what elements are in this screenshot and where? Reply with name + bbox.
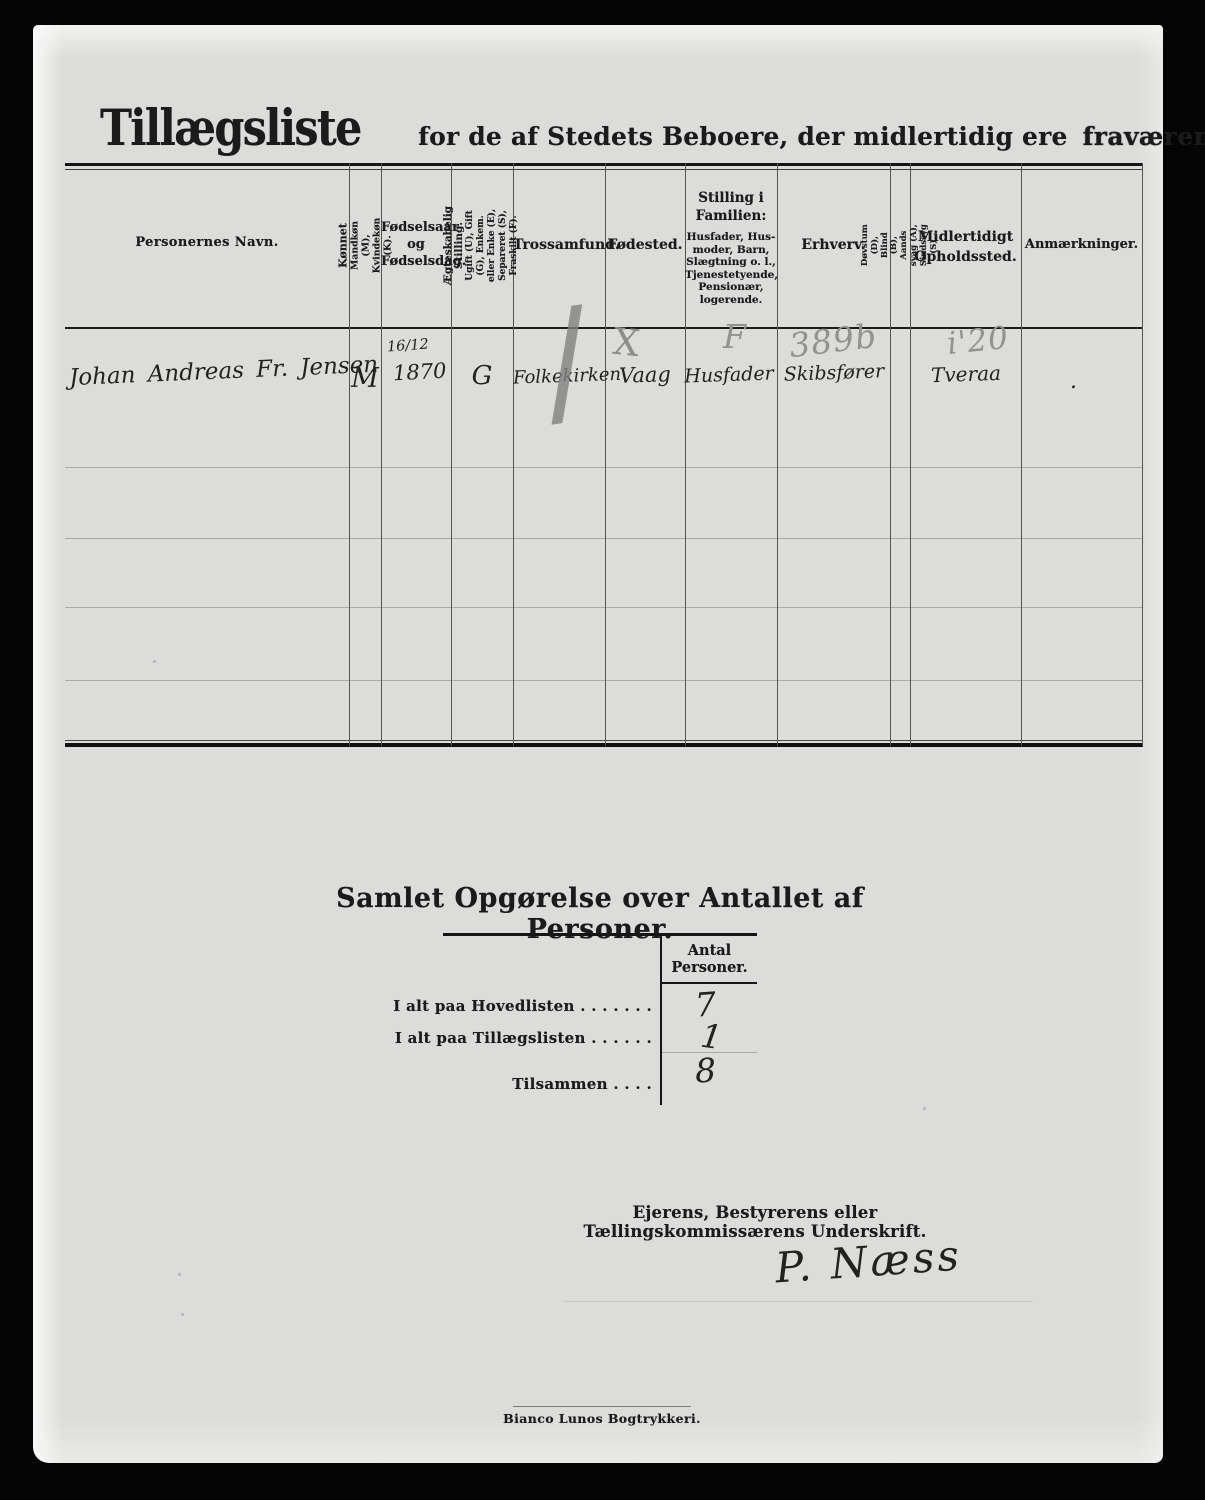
column-header-marital-main: Ægteskabelig Stilling.	[444, 205, 466, 284]
table-bottom-rule	[65, 743, 1143, 747]
pencil-tally-mark: /	[535, 302, 598, 422]
entry-sex: M	[347, 363, 383, 394]
column-header-birthplace: Fødested.	[605, 237, 685, 253]
entry-birthplace: Vaag	[607, 362, 684, 389]
column-header-family: Stilling i Familien: Husfader, Hus- mode…	[685, 189, 777, 306]
form-title: Tillægsliste for de af Stedets Beboere, …	[100, 98, 1205, 157]
table-column-line	[1142, 163, 1143, 746]
summary-row-tillaegslisten-label: I alt paa Tillægslisten . . . . . .	[393, 1029, 652, 1047]
column-header-name: Personernes Navn.	[65, 235, 349, 250]
summary-row-tilsammen-label: Tilsammen . . . .	[393, 1075, 652, 1093]
table-bottom-rule-thin	[65, 740, 1143, 741]
table-row-line	[65, 467, 1142, 468]
pencil-cross-mark: X	[611, 320, 642, 366]
entry-birth-year: 1870	[392, 359, 447, 386]
dust-speck	[181, 1313, 184, 1316]
summary-value-tilsammen: 8	[694, 1050, 717, 1090]
scanned-census-page: Tillægsliste for de af Stedets Beboere, …	[0, 0, 1205, 1500]
entry-family-position: Husfader	[683, 362, 776, 387]
table-top-rule	[65, 163, 1143, 166]
column-header-sex: Kønnet Mandkøn (M), Kvindekøn (K).	[349, 163, 381, 327]
dust-speck	[153, 660, 156, 663]
summary-column-header: Antal Personer.	[662, 942, 757, 976]
entry-temporary-residence: Tveraa	[912, 360, 1021, 388]
entry-name: Johan Andreas Fr. Jensen	[69, 353, 350, 391]
table-row-line	[65, 680, 1142, 681]
imprint-rule	[513, 1406, 691, 1407]
column-header-disability: Døvstum (D), Blind (B), Aands svag (A), …	[890, 163, 910, 327]
printer-imprint: Bianco Lunos Bogtrykkeri.	[485, 1411, 719, 1426]
table-row-line	[65, 607, 1142, 608]
entry-remark-dot: .	[1070, 369, 1077, 394]
column-header-marital: Ægteskabelig Stilling. Ugift (U), Gift (…	[451, 163, 513, 327]
column-header-birth: Fødselsaar og Fødselsdag.	[381, 219, 451, 270]
column-header-residence: Midlertidigt Opholdssted.	[910, 227, 1021, 267]
column-header-remarks: Anmærkninger.	[1021, 237, 1142, 252]
table-row-line	[65, 538, 1142, 539]
entry-birth-day: 16/12	[386, 337, 429, 356]
dust-speck	[178, 1273, 181, 1276]
pencil-occupation-code: 389b	[787, 316, 879, 365]
column-header-religion: Trossamfund.	[513, 237, 605, 253]
title-subtitle: for de af Stedets Beboere, der midlertid…	[418, 122, 1068, 151]
title-main: Tillægsliste	[100, 98, 361, 157]
entry-marital: G	[453, 361, 511, 391]
pencil-residence-code: i'20	[945, 320, 1010, 362]
person-table: Personernes Navn. Kønnet Mandkøn (M), Kv…	[65, 163, 1143, 753]
table-top-rule-thin	[65, 169, 1143, 170]
column-header-sex-main: Kønnet	[337, 217, 350, 273]
summary-row-hovedlisten-label: I alt paa Hovedlisten . . . . . . .	[393, 997, 652, 1015]
signature-baseline	[563, 1301, 1033, 1302]
title-emphasis: fraværende.	[1083, 122, 1205, 151]
dust-speck	[923, 1107, 926, 1110]
pencil-family-code: F	[723, 317, 746, 356]
summary-top-rule	[443, 933, 757, 936]
census-form-paper: Tillægsliste for de af Stedets Beboere, …	[33, 25, 1163, 1463]
